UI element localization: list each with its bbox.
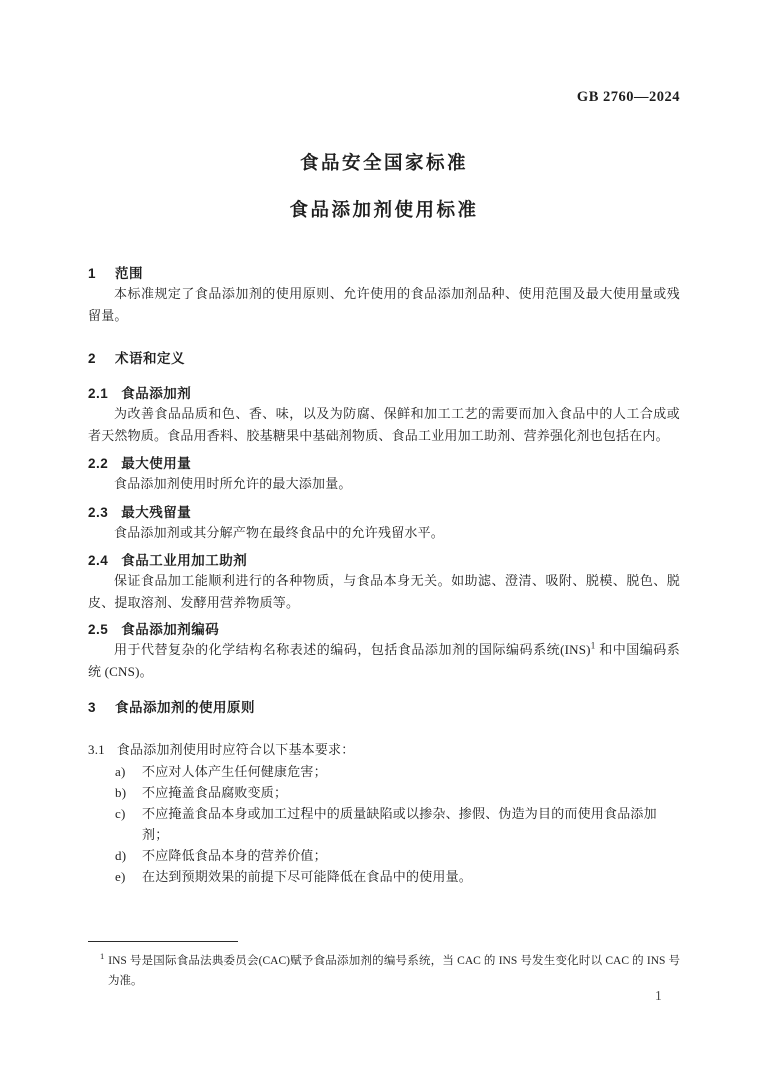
section-2-heading: 2术语和定义 <box>88 350 680 368</box>
section-title: 食品添加剂的使用原则 <box>115 700 255 715</box>
list-item-text: 不应降低食品本身的营养价值； <box>142 845 680 866</box>
clause-number: 2.2 <box>88 455 108 473</box>
doc-title-line2: 食品添加剂使用标准 <box>88 197 680 223</box>
clause-number: 2.4 <box>88 552 108 570</box>
clause-title: 食品工业用加工助剂 <box>121 553 247 568</box>
list-item: e) 在达到预期效果的前提下尽可能降低在食品中的使用量。 <box>88 866 680 887</box>
clause-title: 食品添加剂编码 <box>121 622 219 637</box>
clause-number: 2.3 <box>88 504 108 522</box>
clause-number: 3.1 <box>88 742 105 757</box>
footnote-marker: 1 <box>100 951 104 961</box>
section-1-body: 本标准规定了食品添加剂的使用原则、允许使用的食品添加剂品种、使用范围及最大使用量… <box>88 283 680 327</box>
list-item: d) 不应降低食品本身的营养价值； <box>88 845 680 866</box>
list-item: a) 不应对人体产生任何健康危害； <box>88 761 680 782</box>
section-title: 术语和定义 <box>115 351 185 366</box>
footnote-text-block: 1INS 号是国际食品法典委员会(CAC)赋予食品添加剂的编号系统，当 CAC … <box>88 951 680 991</box>
section-3-heading: 3食品添加剂的使用原则 <box>88 699 680 717</box>
clause-number: 2.5 <box>88 621 108 639</box>
list-item-text: 不应对人体产生任何健康危害； <box>142 761 680 782</box>
list-item-text: 不应掩盖食品腐败变质； <box>142 782 680 803</box>
list-item: c) 不应掩盖食品本身或加工过程中的质量缺陷或以掺杂、掺假、伪造为目的而使用食品… <box>88 803 680 845</box>
list-item-marker: c) <box>115 803 142 845</box>
footnote: 1INS 号是国际食品法典委员会(CAC)赋予食品添加剂的编号系统，当 CAC … <box>88 941 680 991</box>
list-item-marker: d) <box>115 845 142 866</box>
list-item-marker: e) <box>115 866 142 887</box>
footnote-text: INS 号是国际食品法典委员会(CAC)赋予食品添加剂的编号系统，当 CAC 的… <box>108 955 680 987</box>
section-1-heading: 1范围 <box>88 265 680 283</box>
clause-2-5-body-pre: 用于代替复杂的化学结构名称表述的编码，包括食品添加剂的国际编码系统(INS) <box>114 642 591 657</box>
clause-2-5-heading: 2.5食品添加剂编码 <box>88 621 680 639</box>
clause-2-3-body: 食品添加剂或其分解产物在最终食品中的允许残留水平。 <box>88 522 680 544</box>
list-item-text: 在达到预期效果的前提下尽可能降低在食品中的使用量。 <box>142 866 680 887</box>
section-number: 1 <box>88 265 102 283</box>
clause-2-5-body: 用于代替复杂的化学结构名称表述的编码，包括食品添加剂的国际编码系统(INS)1 … <box>88 639 680 683</box>
clause-2-4-heading: 2.4食品工业用加工助剂 <box>88 552 680 570</box>
clause-title: 最大残留量 <box>121 505 191 520</box>
section-number: 3 <box>88 699 102 717</box>
page-number: 1 <box>655 988 662 1004</box>
page-content: GB 2760—2024 食品安全国家标准 食品添加剂使用标准 1范围 本标准规… <box>88 0 680 887</box>
list-item-text: 不应掩盖食品本身或加工过程中的质量缺陷或以掺杂、掺假、伪造为目的而使用食品添加剂… <box>142 803 680 845</box>
document-page: GB 2760—2024 食品安全国家标准 食品添加剂使用标准 1范围 本标准规… <box>0 0 761 1080</box>
list-item: b) 不应掩盖食品腐败变质； <box>88 782 680 803</box>
clause-2-1-body: 为改善食品品质和色、香、味，以及为防腐、保鲜和加工工艺的需要而加入食品中的人工合… <box>88 403 680 447</box>
clause-number: 2.1 <box>88 385 108 403</box>
clause-2-1-heading: 2.1食品添加剂 <box>88 385 680 403</box>
clause-3-1-line: 3.1食品添加剂使用时应符合以下基本要求： <box>88 739 680 761</box>
section-title: 范围 <box>115 266 143 281</box>
clause-2-2-body: 食品添加剂使用时所允许的最大添加量。 <box>88 473 680 495</box>
doc-title-line1: 食品安全国家标准 <box>88 150 680 176</box>
clause-2-3-heading: 2.3最大残留量 <box>88 504 680 522</box>
clause-title: 最大使用量 <box>121 456 191 471</box>
clause-2-2-heading: 2.2最大使用量 <box>88 455 680 473</box>
clause-title: 食品添加剂 <box>121 386 191 401</box>
list-item-marker: b) <box>115 782 142 803</box>
footnote-divider <box>88 941 238 942</box>
list-item-marker: a) <box>115 761 142 782</box>
standard-code: GB 2760—2024 <box>88 0 680 106</box>
clause-intro: 食品添加剂使用时应符合以下基本要求： <box>117 742 355 757</box>
requirement-list: a) 不应对人体产生任何健康危害； b) 不应掩盖食品腐败变质； c) 不应掩盖… <box>88 761 680 887</box>
section-number: 2 <box>88 350 102 368</box>
clause-2-4-body: 保证食品加工能顺利进行的各种物质，与食品本身无关。如助滤、澄清、吸附、脱模、脱色… <box>88 570 680 614</box>
